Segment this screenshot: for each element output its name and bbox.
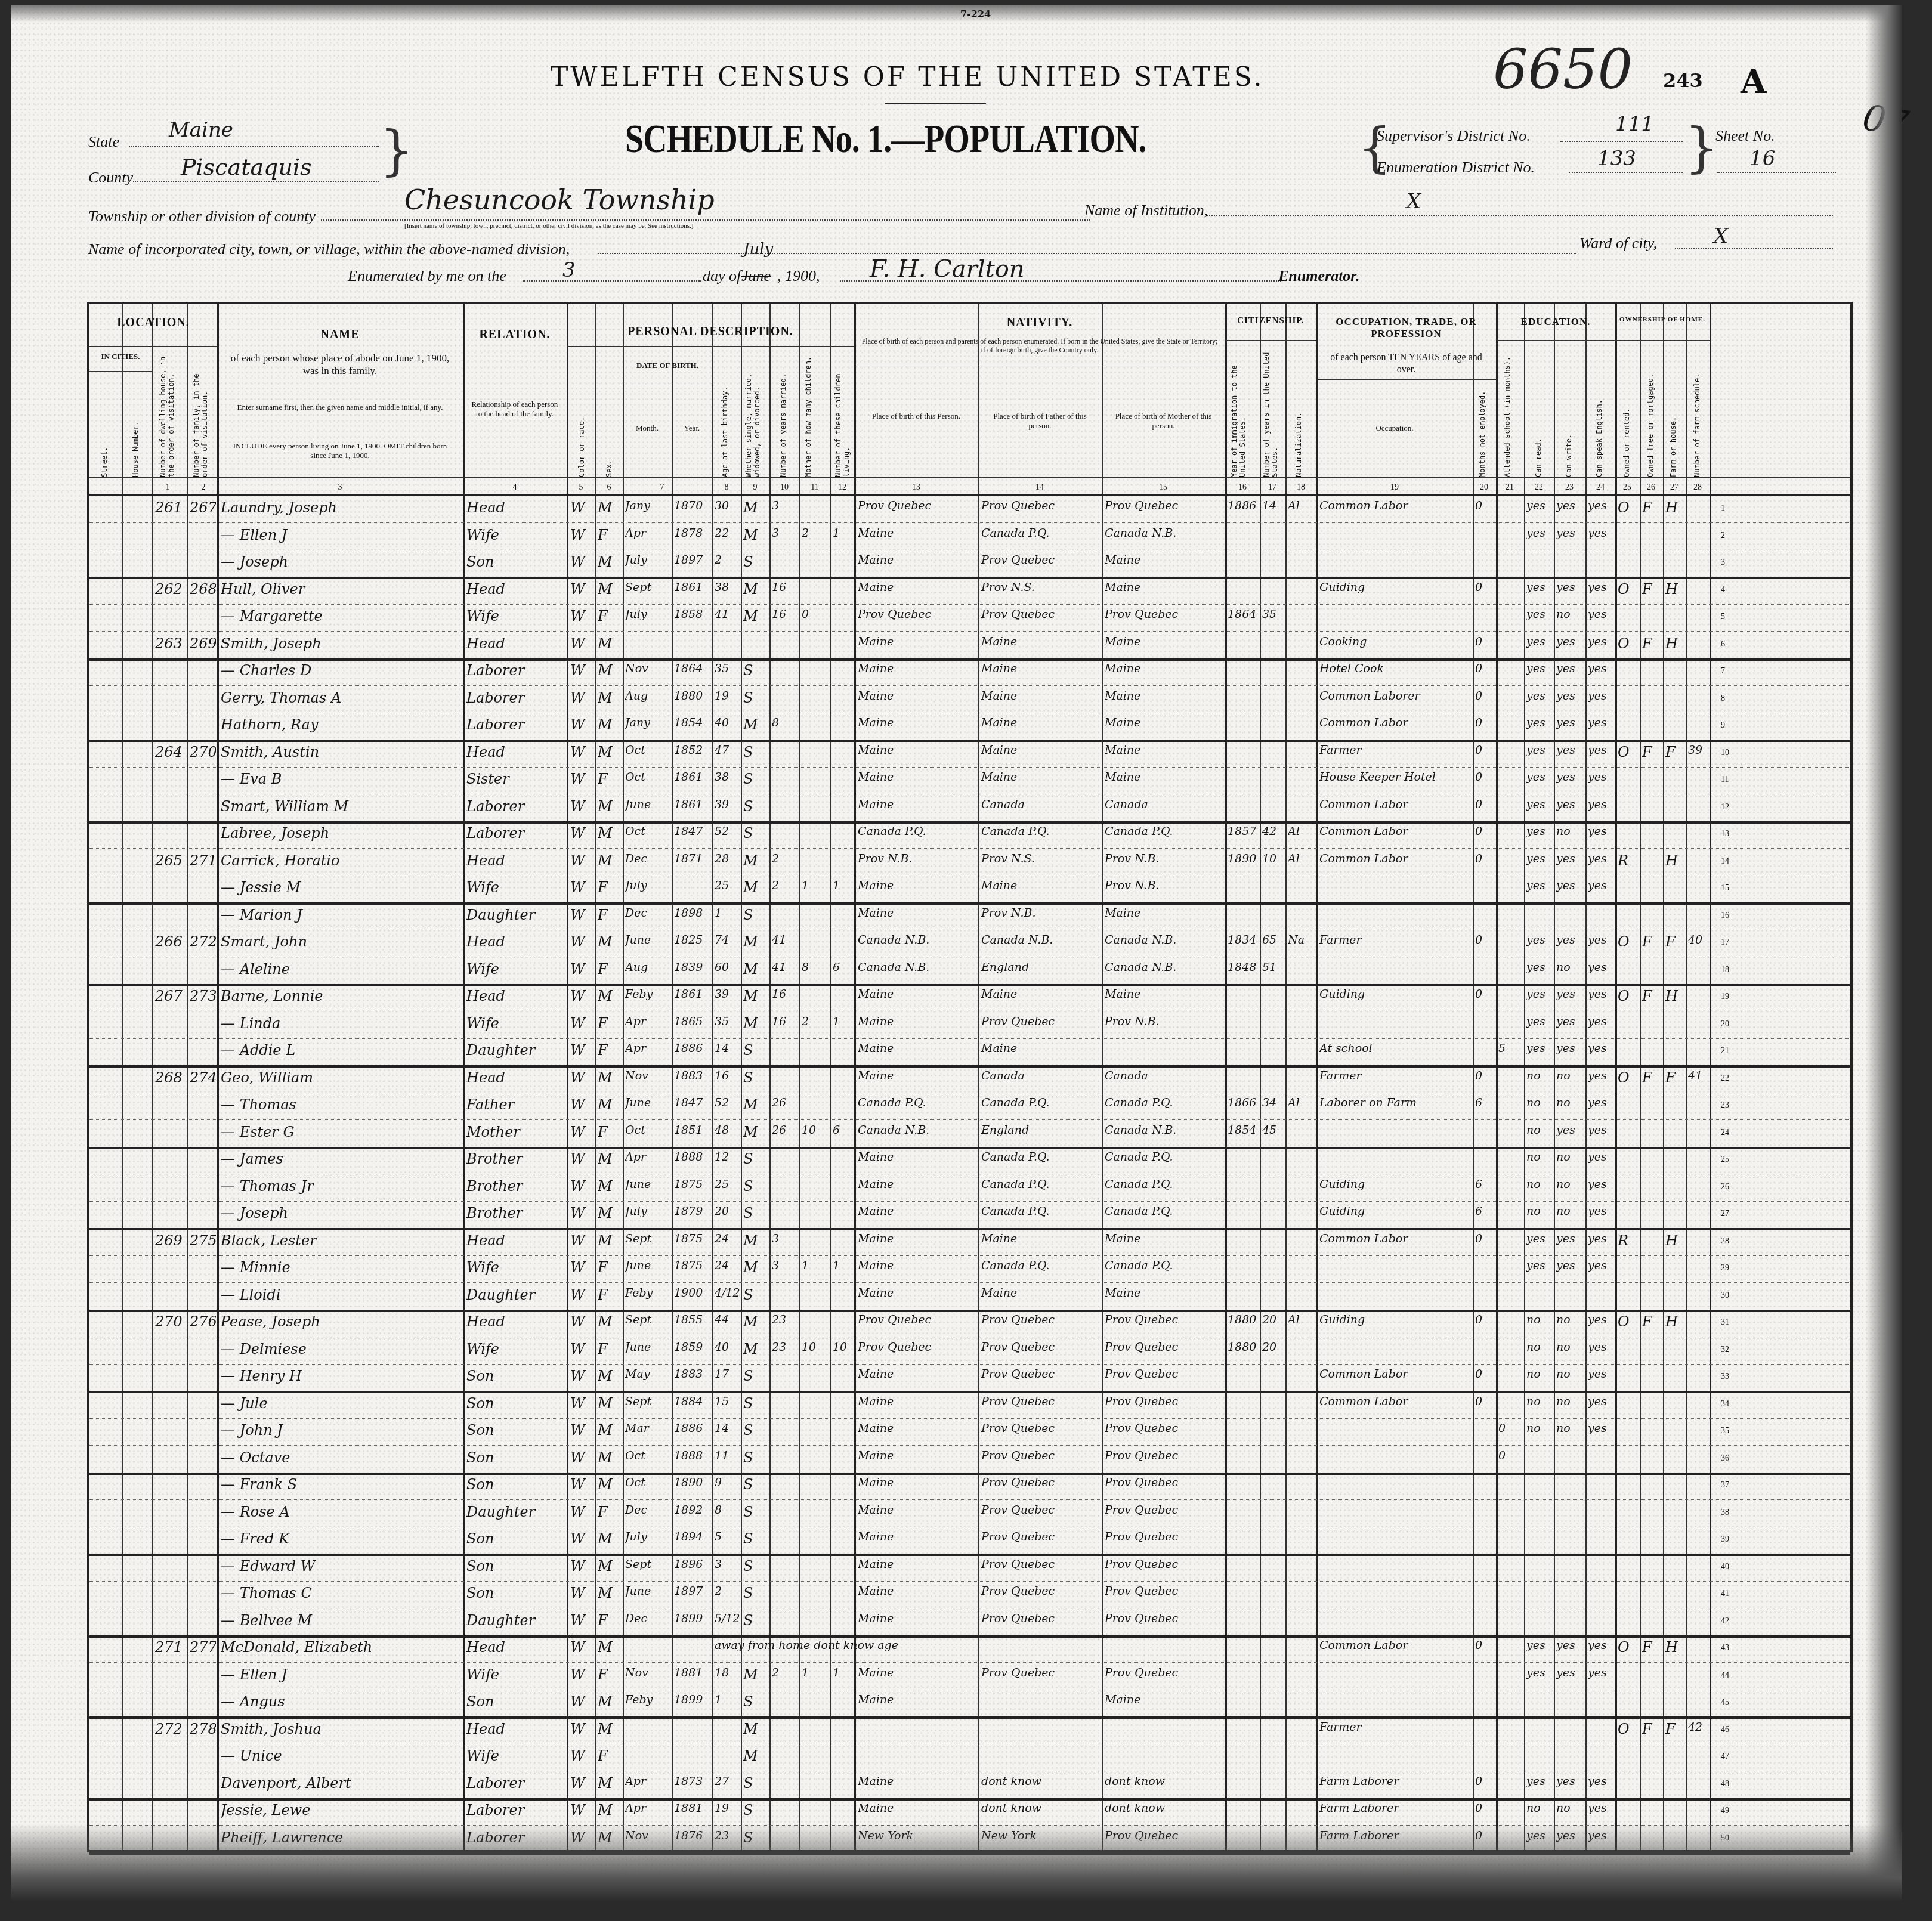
cell-name: Barne, Lonnie — [221, 988, 459, 1004]
cell-marital: S — [743, 1368, 768, 1384]
cell-sex: M — [598, 1368, 622, 1384]
cell-own: O — [1618, 933, 1639, 950]
header-free-mortgaged: Owned free or mortgaged. — [1646, 346, 1655, 477]
line-number: 17 — [1721, 938, 1729, 948]
cell-birth-mother: Prov N.B. — [1105, 1015, 1223, 1028]
header-name: NAME — [217, 328, 463, 342]
cell-birth-father: Maine — [981, 879, 1099, 892]
cell-marital: S — [743, 1504, 768, 1520]
cell-sex: M — [598, 689, 622, 706]
line-number: 26 — [1721, 1183, 1729, 1192]
column-number: 14 — [1031, 483, 1049, 493]
cell-occupation: House Keeper Hotel — [1319, 771, 1471, 784]
cell-birth-father: Prov N.S. — [981, 852, 1099, 865]
cell-name: McDonald, Elizabeth — [221, 1639, 459, 1656]
cell-year: 1839 — [674, 961, 711, 974]
cell-marital: S — [743, 1205, 768, 1221]
cell-year: 1880 — [674, 689, 711, 703]
cell-month: Sept — [625, 1395, 670, 1408]
cell-color: W — [570, 1639, 594, 1656]
cell-dwelling: 270 — [155, 1313, 186, 1330]
cell-own: O — [1618, 744, 1639, 760]
cell-write: yes — [1556, 527, 1584, 540]
cell-color: W — [570, 1747, 594, 1764]
cell-sex: F — [598, 1042, 622, 1059]
column-number: 20 — [1475, 483, 1493, 493]
cell-birth-father: Prov N.S. — [981, 581, 1099, 594]
line-number: 33 — [1721, 1372, 1729, 1382]
cell-birth-person: Maine — [858, 1150, 976, 1164]
cell-relation: Wife — [466, 527, 564, 543]
cell-occupation: Farm Laborer — [1319, 1802, 1471, 1815]
cell-read: no — [1526, 1422, 1553, 1435]
cell-age: 30 — [715, 499, 740, 512]
header-months-unemployed: Months not employed. — [1478, 382, 1486, 477]
header-color: Color or race. — [577, 400, 586, 477]
cell-english: yes — [1588, 581, 1614, 594]
cell-yrs-married: 8 — [772, 716, 798, 729]
cell-month: Oct — [625, 771, 670, 784]
cell-write: yes — [1556, 581, 1584, 594]
cell-marital: S — [743, 1476, 768, 1493]
cell-relation: Head — [466, 933, 564, 950]
cell-family: 267 — [190, 499, 216, 516]
cell-family: 274 — [190, 1069, 216, 1086]
cell-sex: F — [598, 1124, 622, 1140]
cell-color: W — [570, 1286, 594, 1303]
cell-birth-father: Canada P.Q. — [981, 527, 1099, 540]
township-label: Township or other division of county — [88, 208, 316, 225]
cell-name: — Joseph — [221, 1205, 459, 1221]
column-number: 15 — [1154, 483, 1172, 493]
cell-age: 19 — [715, 1802, 740, 1815]
table-row: 267273Barne, LonnieHeadWMFeby186139M16Ma… — [89, 984, 1850, 1011]
cell-mother-of: 10 — [802, 1124, 829, 1137]
cell-month: June — [625, 1585, 670, 1598]
header-rule — [1496, 340, 1615, 341]
cell-birth-father: dont know — [981, 1775, 1099, 1788]
supervisor-label: Supervisor's District No. — [1377, 127, 1531, 145]
header-nativity-desc: Place of birth of each person and parent… — [860, 337, 1219, 355]
cell-english: yes — [1588, 662, 1614, 675]
cell-unemployed: 0 — [1475, 825, 1495, 838]
population-table: LOCATION. IN CITIES. Street. House Numbe… — [87, 302, 1853, 1852]
cell-english: yes — [1588, 1178, 1614, 1191]
header-dwelling-number: Number of dwelling-house, in the order o… — [159, 352, 183, 477]
cell-birth-mother: Canada P.Q. — [1105, 1259, 1223, 1272]
cell-age: 3 — [715, 1558, 740, 1571]
cell-relation: Son — [466, 1368, 564, 1384]
cell-read: yes — [1526, 879, 1553, 892]
cell-marital: S — [743, 1042, 768, 1059]
cell-birth-mother: Canada P.Q. — [1105, 825, 1223, 838]
table-row: 262268Hull, OliverHeadWMSept186138M16Mai… — [89, 577, 1850, 605]
cell-color: W — [570, 1612, 594, 1629]
cell-read: yes — [1526, 852, 1553, 865]
cell-read: yes — [1526, 744, 1553, 757]
cell-color: W — [570, 1449, 594, 1466]
cell-month: Nov — [625, 1069, 670, 1082]
cell-immig: 1880 — [1228, 1313, 1259, 1326]
cell-unemployed: 0 — [1475, 635, 1495, 648]
line-number: 25 — [1721, 1155, 1729, 1165]
cell-relation: Laborer — [466, 689, 564, 706]
cell-color: W — [570, 608, 594, 624]
cell-relation: Head — [466, 1232, 564, 1249]
cell-write: yes — [1556, 852, 1584, 865]
line-number: 49 — [1721, 1806, 1729, 1816]
cell-relation: Head — [466, 635, 564, 652]
cell-english: yes — [1588, 852, 1614, 865]
cell-marital: S — [743, 1802, 768, 1818]
county-value: Piscataquis — [181, 154, 312, 180]
cell-age: 25 — [715, 879, 740, 892]
cell-relation: Laborer — [466, 798, 564, 815]
cell-birth-mother: Canada P.Q. — [1105, 1150, 1223, 1164]
cell-color: W — [570, 1395, 594, 1412]
cell-relation: Brother — [466, 1178, 564, 1195]
cell-birth-mother: Maine — [1105, 689, 1223, 703]
line-number: 18 — [1721, 966, 1729, 975]
cell-immig: 1880 — [1228, 1341, 1259, 1354]
line-number: 47 — [1721, 1752, 1729, 1762]
header-occupation-group: OCCUPATION, TRADE, OR PROFESSION — [1316, 316, 1496, 340]
cell-relation: Head — [466, 988, 564, 1004]
cell-month: May — [625, 1368, 670, 1381]
cell-year: 1870 — [674, 499, 711, 512]
cell-mother-of: 1 — [802, 879, 829, 892]
header-name-instr-2: INCLUDE every person living on June 1, 1… — [229, 441, 451, 461]
cell-occupation: Farmer — [1319, 1069, 1471, 1082]
cell-sex: M — [598, 1178, 622, 1195]
cell-write: yes — [1556, 1015, 1584, 1028]
cell-read: no — [1526, 1069, 1553, 1082]
column-number: 18 — [1292, 483, 1310, 493]
cell-english: yes — [1588, 1205, 1614, 1218]
cell-age: 15 — [715, 1395, 740, 1408]
cell-marital: M — [743, 933, 768, 950]
cell-unemployed: 0 — [1475, 1069, 1495, 1082]
cell-write: no — [1556, 608, 1584, 621]
cell-free: F — [1642, 1313, 1662, 1330]
cell-immig: 1890 — [1228, 852, 1259, 865]
cell-english: yes — [1588, 1313, 1614, 1326]
cell-birth-person: Maine — [858, 1286, 976, 1300]
cell-marital: S — [743, 771, 768, 787]
cell-sex: F — [598, 1666, 622, 1683]
cell-month: Dec — [625, 1504, 670, 1517]
cell-marital: S — [743, 662, 768, 679]
cell-yrs-married: 23 — [772, 1341, 798, 1354]
cell-write: no — [1556, 1802, 1584, 1815]
cell-unemployed: 6 — [1475, 1205, 1495, 1218]
cell-english: yes — [1588, 1096, 1614, 1109]
cell-month: Oct — [625, 825, 670, 838]
cell-name: — Frank S — [221, 1476, 459, 1493]
census-sheet: 7-224 TWELFTH CENSUS OF THE UNITED STATE… — [11, 5, 1902, 1901]
cell-dwelling: 266 — [155, 933, 186, 950]
cell-sex: M — [598, 1150, 622, 1167]
table-row: 269275Black, LesterHeadWMSept187524M3Mai… — [89, 1229, 1850, 1256]
cell-write: no — [1556, 1150, 1584, 1164]
cell-age: 25 — [715, 1178, 740, 1191]
cell-relation: Wife — [466, 1666, 564, 1683]
column-number: 10 — [775, 483, 793, 493]
cell-year: 1847 — [674, 1096, 711, 1109]
cell-write: no — [1556, 1368, 1584, 1381]
cell-month: Mar — [625, 1422, 670, 1435]
cell-english: yes — [1588, 1802, 1614, 1815]
header-date-of-birth: DATE OF BIRTH. — [623, 361, 712, 370]
cell-family: 273 — [190, 988, 216, 1004]
cell-mother-of: 0 — [802, 608, 829, 621]
cell-year: 1861 — [674, 771, 711, 784]
cell-birth-person: Maine — [858, 1178, 976, 1191]
cell-name: — Marion J — [221, 907, 459, 923]
cell-farm: F — [1665, 933, 1684, 950]
cell-read: yes — [1526, 608, 1553, 621]
column-number: 5 — [572, 483, 590, 493]
cell-year: 1899 — [674, 1693, 711, 1706]
cell-living: 10 — [833, 1341, 853, 1354]
table-row: — John JSonWMMar188614SMaineProv QuebecP… — [89, 1418, 1850, 1446]
cell-read: yes — [1526, 1775, 1553, 1788]
cell-farm: H — [1665, 635, 1684, 652]
cell-marital: S — [743, 1775, 768, 1792]
header-owned-rented: Owned or rented. — [1622, 388, 1631, 477]
table-row: — OctaveSonWMOct188811SMaineProv QuebecP… — [89, 1446, 1850, 1475]
cell-sex: F — [598, 1259, 622, 1276]
cell-color: W — [570, 1042, 594, 1059]
cell-relation: Daughter — [466, 1612, 564, 1629]
cell-farm: H — [1665, 1639, 1684, 1656]
cell-write: yes — [1556, 879, 1584, 892]
cell-write: no — [1556, 961, 1584, 974]
cell-birth-mother: Prov N.B. — [1105, 879, 1223, 892]
cell-color: W — [570, 1558, 594, 1574]
table-row: — LloidiDaughterWFFeby19004/12SMaineMain… — [89, 1283, 1850, 1312]
cell-age: 44 — [715, 1313, 740, 1326]
cell-sex: M — [598, 1313, 622, 1330]
stamp-number: 6650 — [1493, 38, 1633, 101]
cell-relation: Daughter — [466, 1286, 564, 1303]
cell-birth-father: dont know — [981, 1802, 1099, 1815]
cell-name: — Jule — [221, 1395, 459, 1412]
line-number: 7 — [1721, 667, 1725, 676]
cell-relation: Head — [466, 1313, 564, 1330]
cell-year: 1859 — [674, 1341, 711, 1354]
column-number: 16 — [1234, 483, 1251, 493]
cell-birth-person: Maine — [858, 1422, 976, 1435]
column-number: 4 — [506, 483, 524, 493]
institution-line — [1207, 215, 1833, 216]
cell-yrs-us: 20 — [1262, 1313, 1284, 1326]
cell-english: yes — [1588, 1232, 1614, 1245]
cell-marital: S — [743, 1530, 768, 1547]
enumerator-label: Enumerator. — [1278, 267, 1360, 285]
line-number: 44 — [1721, 1671, 1729, 1681]
cell-name: — Linda — [221, 1015, 459, 1032]
cell-month: Feby — [625, 988, 670, 1001]
cell-year: 1852 — [674, 744, 711, 757]
cell-age: 14 — [715, 1422, 740, 1435]
cell-read: yes — [1526, 771, 1553, 784]
cell-name: — Thomas — [221, 1096, 459, 1113]
cell-month: Sept — [625, 1232, 670, 1245]
cell-english: yes — [1588, 1422, 1614, 1435]
cell-write: no — [1556, 1313, 1584, 1326]
cell-age: 1 — [715, 907, 740, 920]
cell-farm: H — [1665, 581, 1684, 598]
cell-birth-father: Prov Quebec — [981, 1313, 1099, 1326]
cell-month: Feby — [625, 1693, 670, 1706]
cell-occupation: Hotel Cook — [1319, 662, 1471, 675]
line-number: 40 — [1721, 1563, 1729, 1572]
cell-own: O — [1618, 581, 1639, 598]
cell-birth-person: Maine — [858, 689, 976, 703]
cell-yrs-married: 41 — [772, 961, 798, 974]
header-birth-person: Place of birth of this Person. — [860, 412, 972, 421]
line-number: 39 — [1721, 1535, 1729, 1545]
cell-read: yes — [1526, 581, 1553, 594]
cell-color: W — [570, 1666, 594, 1683]
cell-sex: F — [598, 1504, 622, 1520]
institution-label: Name of Institution, — [1084, 202, 1208, 219]
cell-birth-person: Maine — [858, 879, 976, 892]
cell-sex: F — [598, 1341, 622, 1357]
cell-own: R — [1618, 1232, 1639, 1249]
cell-age: 8 — [715, 1504, 740, 1517]
cell-color: W — [570, 1585, 594, 1601]
cell-unemployed: 0 — [1475, 1639, 1495, 1652]
cell-sex: M — [598, 581, 622, 598]
cell-birth-person: Prov N.B. — [858, 852, 976, 865]
column-number: 19 — [1386, 483, 1404, 493]
cell-year: 1898 — [674, 907, 711, 920]
cell-english: yes — [1588, 635, 1614, 648]
cell-birth-father: Prov Quebec — [981, 1612, 1099, 1625]
line-number: 24 — [1721, 1128, 1729, 1138]
cell-occupation: Common Labor — [1319, 1639, 1471, 1652]
cell-english: yes — [1588, 689, 1614, 703]
cell-name: — Addie L — [221, 1042, 459, 1059]
cell-english: yes — [1588, 798, 1614, 811]
table-row: Gerry, Thomas ALaborerWMAug188019SMaineM… — [89, 686, 1850, 713]
cell-own: O — [1618, 1313, 1639, 1330]
cell-english: yes — [1588, 1639, 1614, 1652]
cell-sex: M — [598, 1232, 622, 1249]
cell-color: W — [570, 907, 594, 923]
header-relation-desc: Relationship of each person to the head … — [469, 400, 561, 419]
cell-name: — Edward W — [221, 1558, 459, 1574]
cell-color: W — [570, 825, 594, 842]
cell-color: W — [570, 527, 594, 543]
cell-name: Black, Lester — [221, 1232, 459, 1249]
cell-birth-person: Maine — [858, 907, 976, 920]
cell-read: yes — [1526, 798, 1553, 811]
header-personal-description: PERSONAL DESCRIPTION. — [567, 325, 854, 339]
cell-year: 1888 — [674, 1150, 711, 1164]
cell-sex: M — [598, 499, 622, 516]
cell-marital: S — [743, 1178, 768, 1195]
cell-write: no — [1556, 1178, 1584, 1191]
cell-color: W — [570, 771, 594, 787]
cell-english: yes — [1588, 961, 1614, 974]
table-row: 266272Smart, JohnHeadWMJune182574M41Cana… — [89, 930, 1850, 957]
cell-birth-mother: Prov Quebec — [1105, 1530, 1223, 1543]
cell-month: July — [625, 879, 670, 892]
cell-month: Dec — [625, 852, 670, 865]
header-naturalization: Naturalization. — [1294, 388, 1303, 477]
cell-age: away from home dont know age — [715, 1639, 1025, 1652]
header-occupation: Occupation. — [1316, 423, 1473, 433]
cell-birth-person: Maine — [858, 716, 976, 729]
cell-write: yes — [1556, 771, 1584, 784]
cell-name: — Thomas C — [221, 1585, 459, 1601]
header-years-in-us: Number of years in the United States. — [1262, 352, 1284, 477]
cell-farm: F — [1665, 1069, 1684, 1086]
cell-living: 1 — [833, 1666, 853, 1679]
cell-month: June — [625, 1341, 670, 1354]
cell-read: yes — [1526, 527, 1553, 540]
cell-month: Aug — [625, 689, 670, 703]
city-label: Name of incorporated city, town, or vill… — [88, 240, 570, 258]
cell-yrs-married: 26 — [772, 1124, 798, 1137]
cell-birth-mother: Maine — [1105, 1693, 1223, 1706]
line-number: 46 — [1721, 1725, 1729, 1735]
cell-name: — Minnie — [221, 1259, 459, 1276]
cell-sex: M — [598, 1205, 622, 1221]
cell-color: W — [570, 1504, 594, 1520]
cell-sex: M — [598, 1530, 622, 1547]
cell-marital: S — [743, 1395, 768, 1412]
cell-name: — Fred K — [221, 1530, 459, 1547]
column-number: 2 — [194, 483, 212, 493]
cell-marital: M — [743, 608, 768, 624]
cell-birth-mother: Maine — [1105, 988, 1223, 1001]
cell-birth-father: Prov N.B. — [981, 907, 1099, 920]
line-number: 19 — [1721, 992, 1729, 1002]
cell-birth-person: Maine — [858, 1558, 976, 1571]
enumerator-name: F. H. Carlton — [870, 255, 1025, 283]
cell-relation: Son — [466, 1530, 564, 1547]
cell-name: Jessie, Lewe — [221, 1802, 459, 1818]
sheet-value: 16 — [1749, 147, 1775, 171]
cell-relation: Head — [466, 852, 564, 869]
cell-color: W — [570, 581, 594, 598]
cell-year: 1825 — [674, 933, 711, 946]
cell-living: 1 — [833, 1259, 853, 1272]
cell-sex: F — [598, 961, 622, 977]
cell-relation: Laborer — [466, 662, 564, 679]
column-number: 13 — [907, 483, 925, 493]
cell-age: 41 — [715, 608, 740, 621]
header-family-number: Number of family, in the order of visita… — [192, 352, 214, 477]
table-row: — Bellvee MDaughterWFDec18995/12SMainePr… — [89, 1608, 1850, 1638]
cell-unemployed: 0 — [1475, 1232, 1495, 1245]
cell-birth-person: Canada N.B. — [858, 1124, 976, 1137]
cell-marital: M — [743, 1747, 768, 1764]
cell-marital: M — [743, 1721, 768, 1737]
table-row: — Edward WSonWMSept18963SMaineProv Quebe… — [89, 1554, 1850, 1582]
line-number: 30 — [1721, 1291, 1729, 1301]
line-number: 1 — [1721, 504, 1725, 513]
cell-unemployed: 0 — [1475, 499, 1495, 512]
cell-birth-father: Prov Quebec — [981, 1449, 1099, 1462]
cell-name: — John J — [221, 1422, 459, 1439]
cell-age: 35 — [715, 662, 740, 675]
cell-sex: M — [598, 662, 622, 679]
